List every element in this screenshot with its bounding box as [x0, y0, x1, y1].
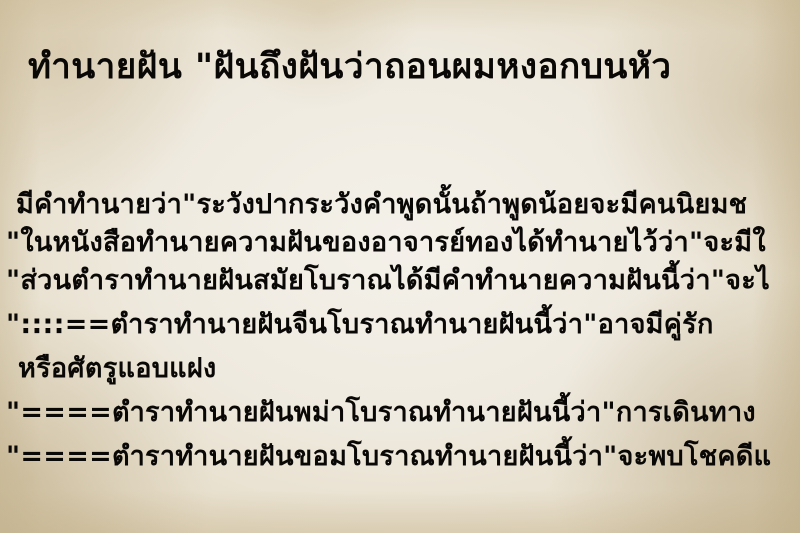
interpretation-line: "====ตำราทำนายฝันพม่าโบราณทำนายฝันนี้ว่า…	[6, 393, 756, 433]
interpretation-line: หรือศัตรูแอบแฝง	[18, 349, 216, 389]
interpretation-line: "::::==ตำราทำนายฝันจีนโบราณทำนายฝันนี้ว่…	[6, 305, 714, 345]
page-title: ทำนายฝัน "ฝันถึงฝันว่าถอนผมหงอกบนหัว	[28, 41, 672, 93]
interpretation-line: "====ตำราทำนายฝันขอมโบราณทำนายฝันนี้ว่า"…	[6, 437, 771, 477]
interpretation-line: "ส่วนตำราทำนายฝันสมัยโบราณได้มีคำทำนายคว…	[6, 261, 770, 301]
interpretation-line: มีคำทำนายว่า"ระวังปากระวังคำพูดนั้นถ้าพู…	[16, 185, 747, 225]
interpretation-line: "ในหนังสือทำนายความฝันของอาจารย์ทองได้ทำ…	[6, 223, 766, 263]
